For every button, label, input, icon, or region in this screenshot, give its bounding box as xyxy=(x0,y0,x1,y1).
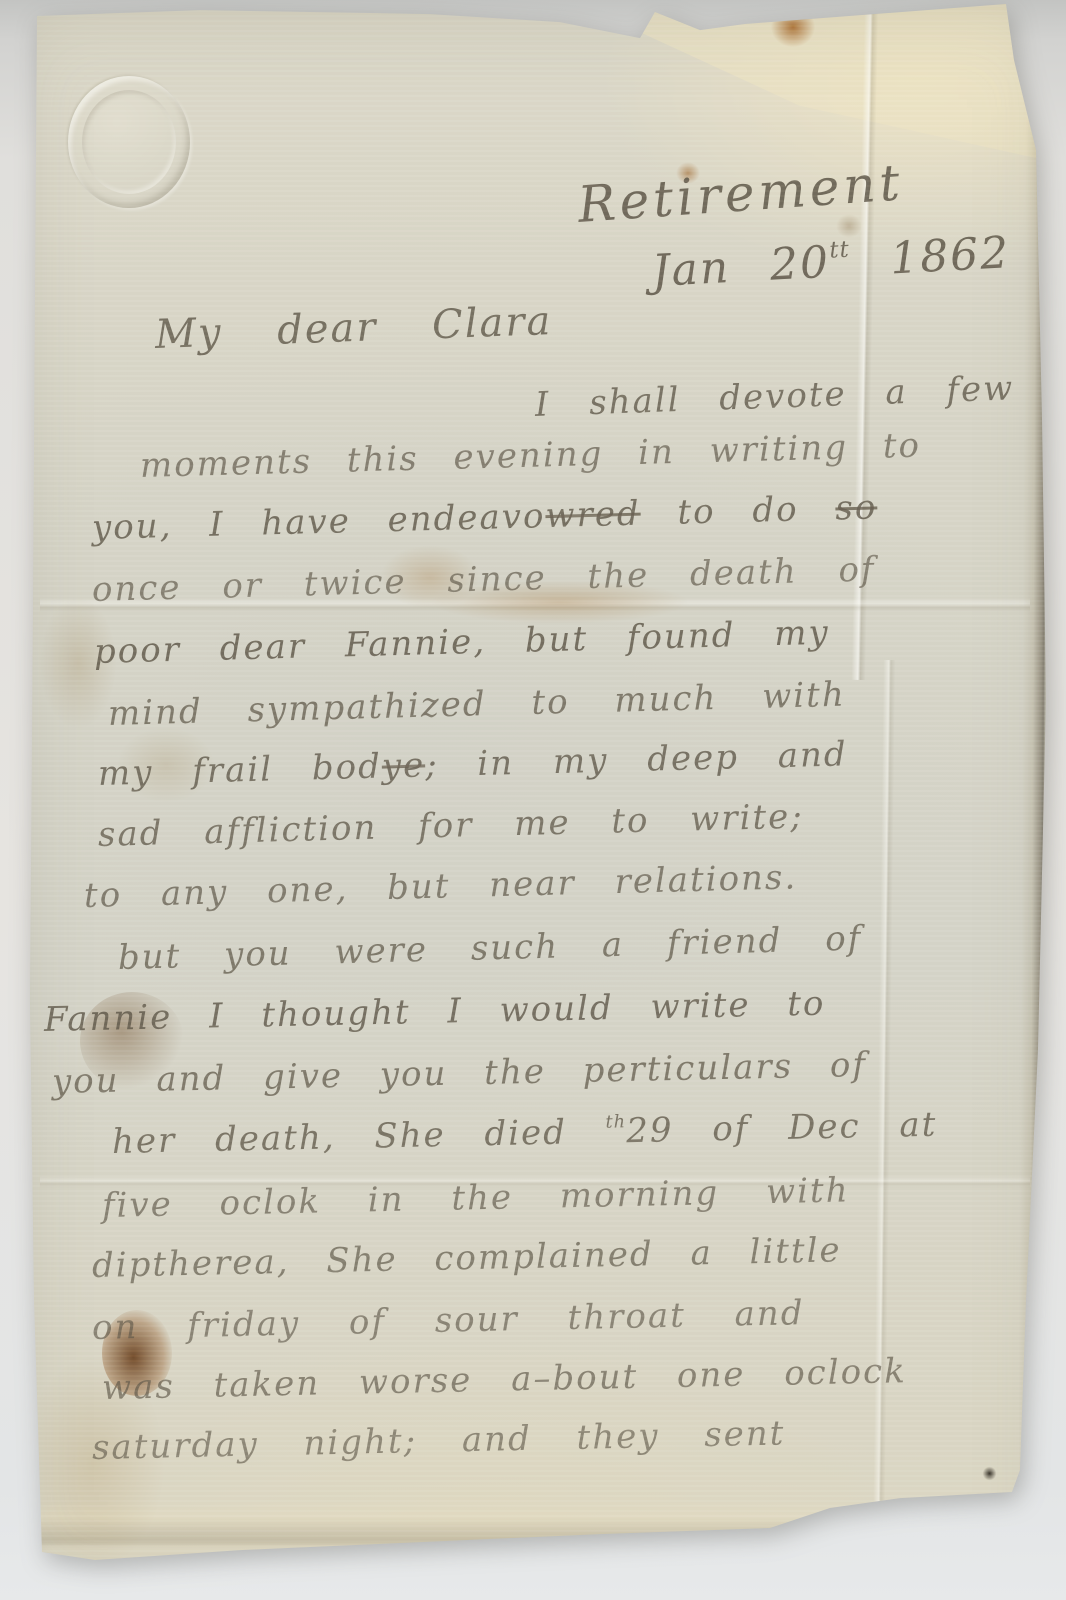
letter-line: moments this evening in writing to xyxy=(139,426,921,486)
line-text: ; in my deep and xyxy=(425,734,849,785)
letter-line: on friday of sour throat and xyxy=(92,1293,805,1348)
letter-line: poor dear Fannie, but found my xyxy=(93,613,830,672)
letter-date-line: Jan 20tt 1862 xyxy=(651,227,1012,297)
letter-line: to any one, but near relations. xyxy=(83,857,797,916)
letter-line: mind sympathized to much with xyxy=(107,675,846,734)
line-text: Fannie I thought I would write to xyxy=(44,984,826,1040)
ink-dot xyxy=(982,1466,997,1481)
letter-salutation: My dear Clara xyxy=(154,298,553,358)
letter-paper-wrapper: Retirement Jan 20tt 1862 My dear Clara I… xyxy=(0,0,1066,1600)
date-text: Jan 20 xyxy=(651,237,832,297)
salutation-text: My dear Clara xyxy=(154,298,553,358)
letter-line: her death, She died th29 of Dec at xyxy=(112,1105,938,1162)
line-text: saturday night; and they sent xyxy=(92,1413,786,1468)
letter-line: sad affliction for me to write; xyxy=(97,797,804,855)
line-text: my frail bod xyxy=(97,747,382,794)
letter-line: once or twice since the death of xyxy=(91,549,876,610)
letter-line: but you were such a friend of xyxy=(117,919,862,978)
line-text: 29 of Dec at xyxy=(626,1105,938,1152)
line-text: was taken worse a–bout one oclock xyxy=(102,1351,908,1408)
photo-background: Retirement Jan 20tt 1862 My dear Clara I… xyxy=(0,0,1066,1600)
letter-line: diptherea, She complained a little xyxy=(92,1230,842,1286)
letter-heading-place: Retirement xyxy=(576,153,905,234)
struck-text: wred xyxy=(545,494,641,536)
line-text: her death, She died xyxy=(112,1112,607,1162)
line-text: moments this evening in writing to xyxy=(139,426,921,486)
paper-edge-shadow xyxy=(40,1500,1030,1548)
letter-line: five oclok in the morning with xyxy=(102,1170,850,1226)
struck-text: so xyxy=(835,487,878,528)
struck-text: ye xyxy=(381,745,425,786)
line-text: mind sympathized to much with xyxy=(107,675,846,734)
foxing-stain xyxy=(598,0,620,26)
place-text: Retirement xyxy=(576,153,905,234)
line-text: poor dear Fannie, but found my xyxy=(93,613,830,672)
letter-line: saturday night; and they sent xyxy=(92,1413,786,1468)
line-text: you and give you the perticulars of xyxy=(52,1045,868,1102)
year-text: 1862 xyxy=(889,227,1011,284)
line-text: I shall devote a few xyxy=(534,368,1015,425)
line-text: but you were such a friend of xyxy=(117,919,862,978)
letter-paper: Retirement Jan 20tt 1862 My dear Clara I… xyxy=(0,0,1066,1600)
line-text: to do xyxy=(640,489,836,534)
line-text: once or twice since the death of xyxy=(91,549,876,610)
foxing-stain xyxy=(770,6,816,48)
letter-line: my frail bodye; in my deep and xyxy=(97,734,848,794)
line-text: sad affliction for me to write; xyxy=(97,797,804,855)
embossed-seal-icon xyxy=(68,76,190,208)
letter-line: you, I have endeavowred to do so xyxy=(91,487,877,548)
letter-line: Fannie I thought I would write to xyxy=(44,984,826,1040)
line-text: to any one, but near relations. xyxy=(83,857,797,916)
line-text: on friday of sour throat and xyxy=(92,1293,805,1348)
letter-line: you and give you the perticulars of xyxy=(52,1045,868,1102)
letter-line: was taken worse a–bout one oclock xyxy=(102,1351,908,1408)
superscript-text: th xyxy=(605,1112,626,1132)
line-text: you, I have endeavo xyxy=(91,496,545,548)
letter-line: I shall devote a few xyxy=(534,368,1015,425)
line-text: diptherea, She complained a little xyxy=(92,1230,842,1286)
line-text: five oclok in the morning with xyxy=(102,1170,850,1226)
paper-edge-shadow xyxy=(1018,120,1051,1520)
superscript-text: tt xyxy=(829,236,851,263)
